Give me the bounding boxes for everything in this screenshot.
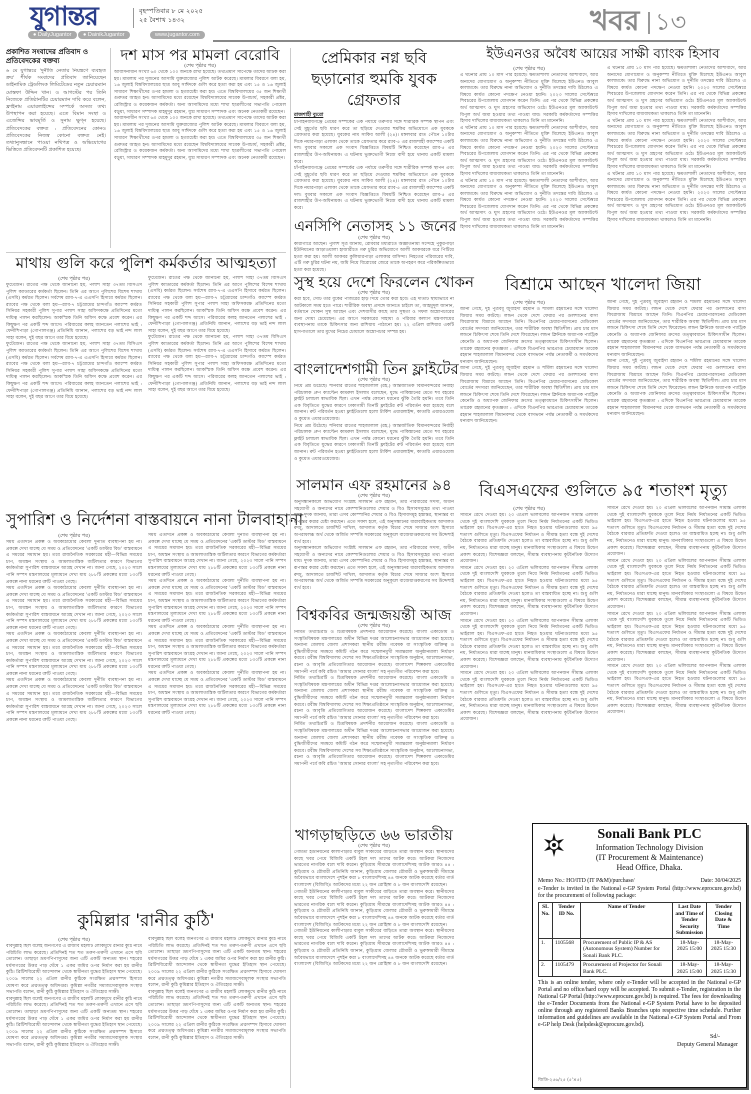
article-ranir-kuthi-col1: (শেষ পৃষ্ঠার পর) বাবদুল্লাহ ছিল বলেই জনগ…: [6, 937, 142, 1092]
facebook-link[interactable]: ● DailyJugantor: [28, 31, 77, 39]
continued-label: (শেষ পৃষ্ঠার পর): [114, 63, 286, 70]
article-headline: বিশ্বকবির জন্মজয়ন্তী আজ: [294, 608, 454, 623]
article-headline: সুস্থ হয়ে দেশে ফিরলেন খোকন: [294, 275, 454, 290]
sonali-bank-logo-icon: [541, 832, 567, 858]
website-link[interactable]: www.jugantor.com: [150, 31, 205, 39]
article-uno-col1: (শেষ পৃষ্ঠার পর) এ ঘটনার প্রায় ১০ মাস প…: [460, 66, 598, 271]
article-khaleda-col1: (শেষ পৃষ্ঠার পর) জানা গেছে, দুই পুত্রবধূ…: [460, 300, 598, 447]
article-bsf-col1: (শেষ পৃষ্ঠার পর) সামনে রেখে দেওয়া হয়। …: [460, 506, 598, 813]
memo-date: Date: 30/04/2025: [701, 878, 741, 884]
article-headline: ইউএনওর অবৈধ আয়ের সাক্ষী ব্যাংক হিসাব: [460, 48, 746, 62]
tender-intro: e-Tender is invited in the National e-GP…: [538, 886, 741, 900]
article-body: সামনে রেখে দেওয়া হয়। ২০ এপ্রিল ভলিবলের…: [460, 513, 598, 813]
article-ncp-leader: এনসিপি নেতাসহ ১১ জনের (শেষ পৃষ্ঠার পর) ক…: [294, 220, 454, 274]
continued-label: (শেষ পৃষ্ঠার পর): [460, 66, 598, 73]
col-security-date: Last Date and Time of Tender Security Su…: [673, 903, 707, 939]
continued-label: (শেষ পৃষ্ঠার পর): [6, 937, 142, 944]
facebook-icon: ●: [33, 32, 36, 38]
article-bsf-killings: বিএসএফের গুলিতে ৯৫ শতাংশ মৃত্যু: [460, 483, 746, 500]
article-headline: সুপারিশ ও নির্দেশনা বাস্তবায়নে নানা টাল…: [6, 512, 286, 528]
article-headline: বিএসএফের গুলিতে ৯৫ শতাংশ মৃত্যু: [460, 483, 746, 500]
article-recommendations-col1: (শেষ পৃষ্ঠার পর) সময় এতদিনে প্রকল্প ও অ…: [6, 533, 142, 908]
col-sl: SL No.: [539, 903, 553, 939]
article-protest: প্রকাশিত সংবাদের প্রতিবাদ ও প্রতিবেদকের …: [6, 48, 106, 266]
article-body: ফুটেজেন। রাতের পক্ষ থেকে জানানো হয়, পলা…: [6, 283, 142, 511]
article-body: এ ঘটনার প্রায় ১০ মাস পার হয়েছে। ক্ষমতা…: [460, 73, 598, 271]
article-body: কারাগারে আছেন। পুলিশ সূত্র জানায়, রোববা…: [294, 242, 454, 274]
article-body: সময় এতদিনে প্রকল্প ও অবকাঠামোর কেবলা দু…: [148, 533, 286, 908]
article-khagrachari-indians: খাগড়াছড়িতে ৬৬ ভারতীয় (শেষ পৃষ্ঠার পর)…: [294, 828, 454, 1085]
memo-line: Memo No.: HO/ITD (IT P&M)/purchase/ Date…: [538, 878, 741, 884]
article-nude-photo-threat: প্রেমিকার নগ্ন ছবি ছড়ানোর হুমকি যুবক গ্…: [294, 48, 454, 237]
article-body: এ ঘটনার প্রায় ১০ মাস পার হয়েছে। ক্ষমতা…: [607, 66, 746, 271]
section-divider: [648, 12, 650, 34]
article-body: ফুটেজেন। রাতের পক্ষ থেকে জানানো হয়, পলা…: [148, 276, 286, 511]
header-rule: [213, 40, 687, 42]
article-body: বাবদুল্লাহ ছিল বলেই জনগণের এ রাজীব মহলটি…: [148, 937, 286, 1092]
byline: রাজশাহী ব্যুরো: [294, 112, 454, 120]
date-gregorian: বৃহস্পতিবার ৮ মে ২০২৫: [139, 7, 203, 16]
article-body: ৬ মে যুগান্তরে 'দুর্নীতি নেতার নিয়ন্ত্র…: [6, 68, 106, 266]
article-body: গোমতী ইউনিয়নের কালীপাড়ার বাবুল সাকীয়ে…: [294, 850, 454, 1085]
bank-name: Sonali Bank PLC: [553, 827, 746, 843]
article-headline: দশ মাস পর মামলা বেরোবি: [114, 48, 286, 63]
article-khaleda-zia: বিশ্রামে আছেন খালেদা জিয়া: [460, 277, 746, 294]
article-body: অনুসন্ধানকালে অভিযোগ সংশ্লিষ্ট সালমান এফ…: [294, 500, 454, 608]
col-name: Name of Tender: [581, 903, 673, 939]
continued-label: (শেষ পৃষ্ঠার পর): [294, 377, 454, 384]
twitter-link[interactable]: ● DainikJugantor: [78, 31, 130, 39]
article-headline: সালমান এফ রহমানের ৯৪: [294, 478, 454, 493]
col-closing-date: Tender Closing Date & Time: [707, 903, 741, 939]
signatory-title: Deputy General Manager: [541, 1041, 738, 1049]
article-body: নির্মিত তথ্যচিত্রটি ও চিত্রবিষয়ক প্রদর্…: [294, 630, 454, 828]
article-ranir-kuthi-col2: বাবদুল্লাহ ছিল বলেই জনগণের এ রাজীব মহলটি…: [148, 937, 286, 1092]
article-khokon-returns: সুস্থ হয়ে দেশে ফিরলেন খোকন (শেষ পৃষ্ঠার…: [294, 275, 454, 363]
continued-label: (শেষ পৃষ্ঠার পর): [294, 843, 454, 850]
article-police-suicide: মাথায় গুলি করে পুলিশ কর্মকর্তার আত্মহত্…: [6, 256, 286, 271]
article-recommendations-col2: সময় এতদিনে প্রকল্প ও অবকাঠামোর কেবলা দু…: [148, 533, 286, 908]
continued-label: (শেষ পৃষ্ঠার পর): [460, 300, 598, 307]
table-row: 1. 1105568 Procurement of Public IP & AS…: [539, 938, 741, 961]
article-headline: প্রকাশিত সংবাদের প্রতিবাদ ও প্রতিবেদকের …: [6, 48, 106, 66]
article-salman-f-rahman: সালমান এফ রহমানের ৯৪ (শেষ পৃষ্ঠার পর) অন…: [294, 478, 454, 608]
article-headline: বিশ্রামে আছেন খালেদা জিয়া: [460, 277, 746, 294]
article-headline: কুমিল্লার 'রানীর কুঠি': [6, 913, 286, 930]
article-recommendations: সুপারিশ ও নির্দেশনা বাস্তবায়নে নানা টাল…: [6, 512, 286, 528]
division-name: Information Technology Division: [553, 843, 746, 853]
article-flights-diverted: বাংলাদেশগামী তিন ফ্লাইটের (শেষ পৃষ্ঠার প…: [294, 362, 454, 477]
article-headline: খাগড়াছড়িতে ৬৬ ভারতীয়: [294, 828, 454, 843]
masthead-divider: [133, 8, 134, 28]
article-police-suicide-col1: (শেষ পৃষ্ঠার পর) ফুটেজেন। রাতের পক্ষ থেক…: [6, 276, 142, 511]
section-name: খবর: [590, 6, 639, 36]
continued-label: (শেষ পৃষ্ঠার পর): [460, 506, 598, 513]
continued-label: (শেষ পৃষ্ঠার পর): [294, 493, 454, 500]
newspaper-logo: যুগান্তর: [30, 4, 98, 30]
signature-block: Sd/- Deputy General Manager: [541, 1033, 738, 1049]
article-bsf-col2: সামনে রেখে দেওয়া হয়। ২০ এপ্রিল ভলিবলের…: [607, 506, 746, 813]
article-khaleda-col2: জানা গেছে, দুই পুত্রবধূ জুবাইদা রহমান ও …: [607, 300, 746, 447]
article-body: নিয়ে প্রশ্ন উঠেছে। শনিবার রাতের শাহজালা…: [294, 384, 454, 477]
article-brur-case: দশ মাস পর মামলা বেরোবি (শেষ পৃষ্ঠার পর) …: [114, 48, 286, 258]
ad-code: জিডি-২৫৬/২৫ (৫'×৫): [538, 1077, 581, 1084]
unit-name: (IT Procurement & Maintenance): [553, 853, 746, 863]
signature: Sd/-: [541, 1033, 738, 1041]
section-rule: [6, 252, 286, 253]
continued-label: (শেষ পৃষ্ঠার পর): [294, 623, 454, 630]
table-row: 2. 1105479 Procurement of Projector for …: [539, 961, 741, 977]
article-body: সময় এতদিনে প্রকল্প ও অবকাঠামোর কেবলা দু…: [6, 540, 142, 908]
article-ranir-kuthi: কুমিল্লার 'রানীর কুঠি': [6, 913, 286, 930]
page-number: ১৩: [655, 8, 686, 36]
memo-number: Memo No.: HO/ITD (IT P&M)/purchase/: [538, 878, 635, 884]
continued-label: (শেষ পৃষ্ঠার পর): [6, 276, 142, 283]
article-body: আবাসনাধীন সংখ্যা ৬০ থেকে ১০০ জনকে রাখা হ…: [114, 70, 286, 258]
article-body: সামনে রেখে দেওয়া হয়। ২০ এপ্রিল ভলিবলের…: [607, 506, 746, 813]
article-headline: বাংলাদেশগামী তিন ফ্লাইটের: [294, 362, 454, 377]
article-body: জানা গেছে, দুই পুত্রবধূ জুবাইদা রহমান ও …: [460, 307, 598, 447]
column-rule: [110, 48, 111, 248]
article-headline: এনসিপি নেতাসহ ১১ জনের: [294, 220, 454, 235]
continued-label: (শেষ পৃষ্ঠার পর): [6, 533, 142, 540]
date-bengali: ২৫ বৈশাখ ১৪৩২: [139, 16, 203, 25]
tender-notice-ad: Sonali Bank PLC Information Technology D…: [532, 823, 747, 1088]
column-rule: [290, 48, 291, 1088]
twitter-icon: ●: [83, 32, 86, 38]
continued-label: (শেষ পৃষ্ঠার পর): [294, 290, 454, 297]
article-headline: প্রেমিকার নগ্ন ছবি ছড়ানোর হুমকি যুবক গ্…: [294, 48, 454, 111]
article-body: জানা গেছে, দুই পুত্রবধূ জুবাইদা রহমান ও …: [607, 300, 746, 447]
article-police-suicide-col2: ফুটেজেন। রাতের পক্ষ থেকে জানানো হয়, পলা…: [148, 276, 286, 511]
article-tagore-birthday: বিশ্বকবির জন্মজয়ন্তী আজ (শেষ পৃষ্ঠার পর…: [294, 608, 454, 828]
tender-body: This is an online tender, where only e-T…: [538, 980, 741, 1029]
article-body: বাবদুল্লাহ ছিল বলেই জনগণের এ রাজীব মহলটি…: [6, 944, 142, 1092]
article-uno-col2: এ ঘটনার প্রায় ১০ মাস পার হয়েছে। ক্ষমতা…: [607, 66, 746, 271]
article-uno-bank-account: ইউএনওর অবৈধ আয়ের সাক্ষী ব্যাংক হিসাব: [460, 48, 746, 62]
office-name: Head Office, Dhaka.: [553, 863, 746, 873]
issue-date: বৃহস্পতিবার ৮ মে ২০২৫ ২৫ বৈশাখ ১৪৩২: [139, 7, 203, 25]
continued-label: (শেষ পৃষ্ঠার পর): [294, 235, 454, 242]
article-body: করা হবে, সেটি তার বুকের পাঁজরের হাড় দিয…: [294, 297, 454, 363]
tender-table: SL No. Tender ID No. Name of Tender Last…: [538, 902, 741, 977]
article-headline: মাথায় গুলি করে পুলিশ কর্মকর্তার আত্মহত্…: [6, 256, 286, 271]
col-tender-id: Tender ID No.: [553, 903, 581, 939]
